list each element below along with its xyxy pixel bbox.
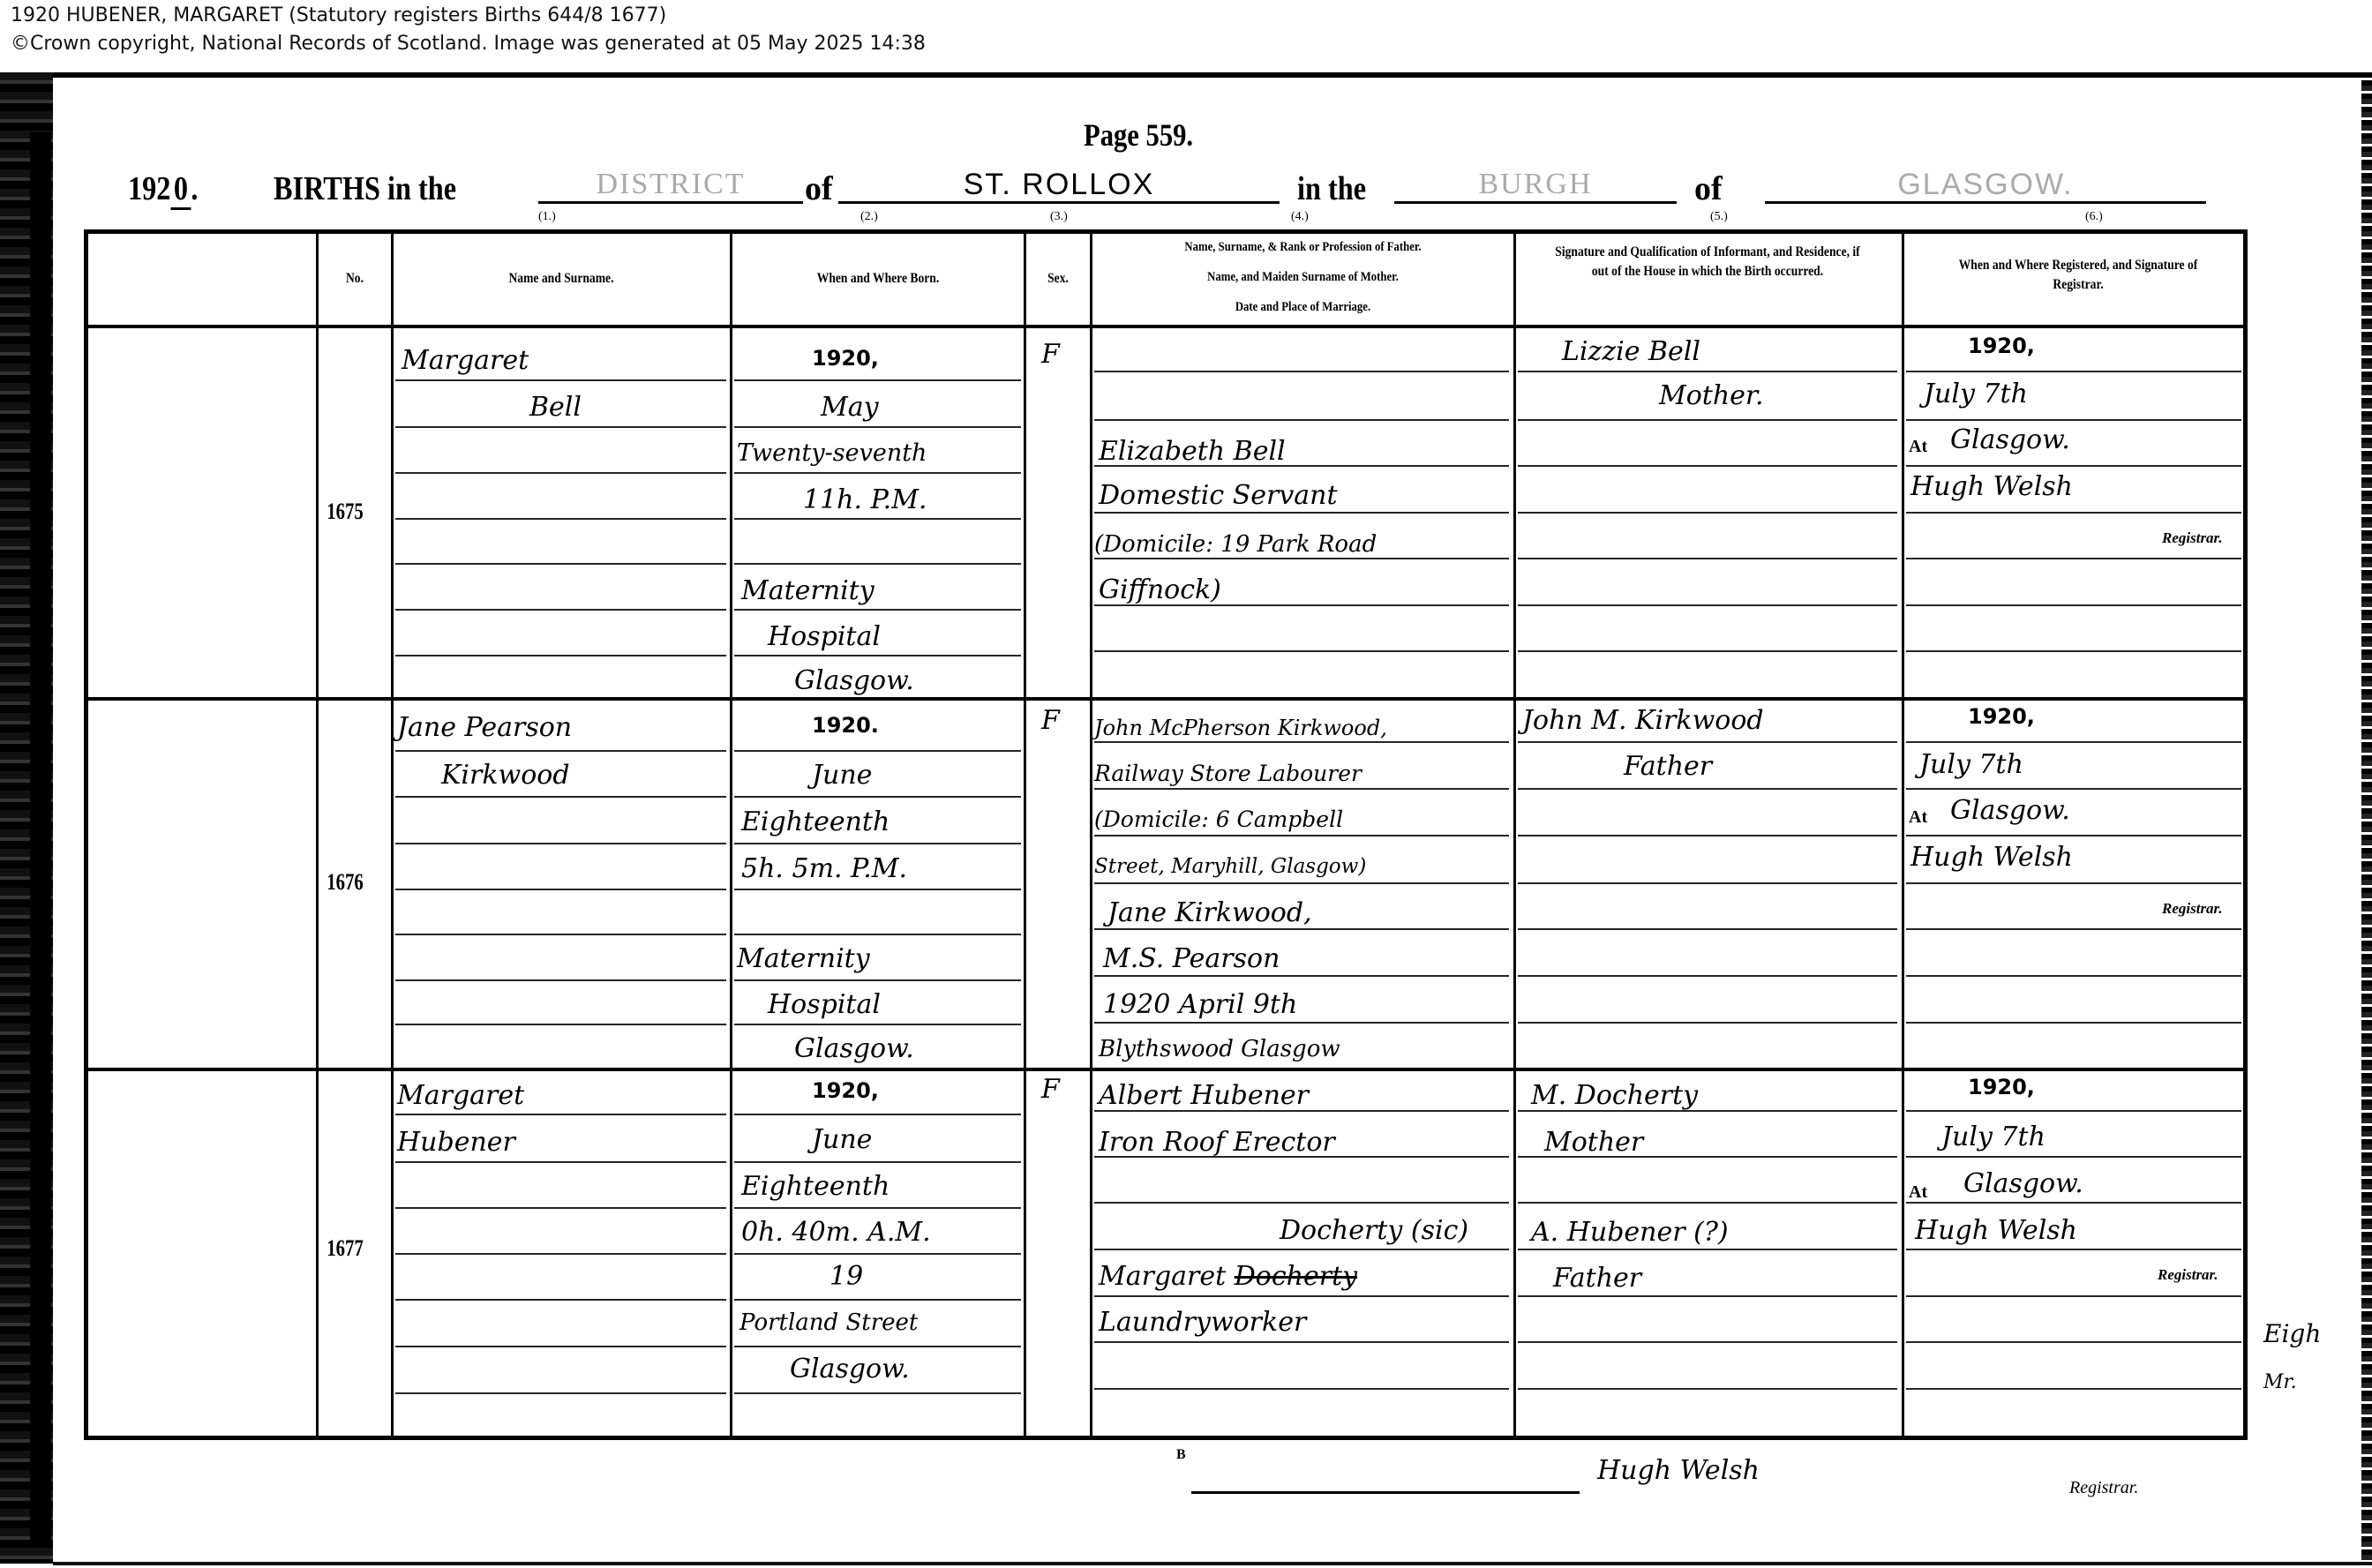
- caption-title: 1920 HUBENER, MARGARET (Statutory regist…: [11, 4, 666, 28]
- child-surname: Hubener: [397, 1128, 515, 1158]
- registered-place: Glasgow.: [1950, 425, 2070, 455]
- birth-time: 0h. 40m. A.M.: [741, 1218, 931, 1248]
- col-divider: [316, 229, 319, 1440]
- father-name: John McPherson Kirkwood,: [1094, 713, 1387, 743]
- page-bottom-border: [53, 1562, 2372, 1565]
- informant-name: John M. Kirkwood: [1522, 706, 1764, 736]
- registrar-signature: Hugh Welsh: [1910, 843, 2073, 873]
- marriage-date: 1920 April 9th: [1103, 990, 1297, 1020]
- birth-year: 1920,: [812, 346, 879, 371]
- district-name-field: ST. ROLLOX: [838, 168, 1280, 204]
- col-number-2: (2.): [860, 210, 878, 224]
- registered-date: July 7th: [1924, 379, 2028, 409]
- col-divider: [1902, 229, 1904, 1440]
- registered-year: 1920,: [1968, 704, 2035, 729]
- burgh-type-field: BURGH: [1394, 168, 1677, 204]
- sex: F: [1041, 706, 1060, 736]
- entry-number: 1675: [327, 499, 364, 525]
- child-forename: Jane Pearson: [397, 713, 572, 743]
- sex: F: [1041, 1075, 1060, 1105]
- header-name: Name and Surname.: [419, 269, 704, 289]
- registrar-label: Registrar.: [2158, 1266, 2218, 1284]
- child-surname: Bell: [529, 393, 582, 423]
- mother-occupation: Laundryworker: [1099, 1308, 1306, 1338]
- birth-day: Eighteenth: [741, 807, 889, 837]
- father-occupation: Railway Store Labourer: [1094, 759, 1362, 789]
- city-field: GLASGOW.: [1765, 168, 2206, 204]
- right-page-edge: [2361, 72, 2372, 1564]
- caption-copyright: ©Crown copyright, National Records of Sc…: [11, 32, 926, 56]
- birth-day: Twenty-seventh: [737, 439, 927, 469]
- registered-place: Glasgow.: [1963, 1169, 2083, 1199]
- entry-number: 1677: [327, 1235, 364, 1262]
- header-registered: When and Where Registered, and Signature…: [1936, 256, 2221, 295]
- of-label-1: of: [805, 169, 833, 208]
- birth-month: May: [821, 393, 879, 423]
- entry-divider: [84, 697, 2248, 701]
- mother-name: Elizabeth Bell: [1099, 437, 1286, 467]
- sex: F: [1041, 340, 1060, 370]
- informant-name: Lizzie Bell: [1562, 337, 1700, 367]
- margin-note-2: Mr.: [2263, 1368, 2297, 1398]
- registrar-label: Registrar.: [2162, 900, 2223, 918]
- at-label: At: [1909, 1182, 1927, 1203]
- at-label: At: [1909, 807, 1927, 828]
- col-number-1: (1.): [538, 210, 556, 224]
- col-divider: [1024, 229, 1026, 1440]
- registered-year: 1920,: [1968, 1075, 2035, 1099]
- father-domicile-2: Street, Maryhill, Glasgow): [1094, 852, 1366, 882]
- registered-year: 1920,: [1968, 334, 2035, 358]
- mother-domicile-1: (Domicile: 19 Park Road: [1094, 529, 1377, 559]
- child-surname: Kirkwood: [441, 761, 570, 791]
- registered-place: Glasgow.: [1950, 796, 2070, 826]
- header-parents: Name, Surname, & Rank or Profession of F…: [1124, 232, 1482, 322]
- mother-surname-correction: Docherty (sic): [1280, 1216, 1468, 1246]
- at-label: At: [1909, 437, 1927, 457]
- col-divider: [391, 229, 394, 1440]
- col-number-6: (6.): [2085, 210, 2103, 224]
- second-informant-qualification: Father: [1553, 1264, 1641, 1294]
- birth-place-1: Maternity: [737, 944, 870, 974]
- informant-qualification: Father: [1624, 752, 1712, 782]
- district-type-field: DISTRICT: [538, 168, 803, 204]
- page-top-border: [53, 72, 2372, 78]
- birth-time: 5h. 5m. P.M.: [741, 854, 907, 884]
- registrar-signature: Hugh Welsh: [1915, 1216, 2077, 1246]
- footer-signature-line: [1191, 1491, 1580, 1494]
- of-label-2: of: [1694, 169, 1723, 208]
- birth-street: Portland Street: [739, 1308, 918, 1338]
- col-divider: [730, 229, 732, 1440]
- header-when-where: When and Where Born.: [754, 269, 1002, 289]
- informant-qualification: Mother: [1544, 1128, 1643, 1158]
- entry-divider: [84, 1068, 2248, 1071]
- registered-date: July 7th: [1919, 750, 2023, 780]
- header-informant: Signature and Qualification of Informant…: [1550, 243, 1865, 281]
- birth-day: Eighteenth: [741, 1172, 889, 1202]
- col-divider: [1513, 229, 1516, 1440]
- entry-number: 1676: [327, 869, 364, 896]
- header-sex: Sex.: [1031, 269, 1085, 289]
- birth-year: 1920,: [812, 1078, 879, 1103]
- col-number-4: (4.): [1291, 210, 1309, 224]
- father-domicile-1: (Domicile: 6 Campbell: [1094, 805, 1343, 835]
- col-number-3: (3.): [1050, 210, 1068, 224]
- mother-name: Margaret Docherty: [1099, 1262, 1357, 1292]
- birth-time: 11h. P.M.: [803, 485, 927, 515]
- margin-note-1: Eigh: [2263, 1319, 2321, 1349]
- sheet-mark: B: [1176, 1447, 1186, 1463]
- birth-place-1: Maternity: [741, 576, 874, 606]
- binding-inner-bar: [30, 132, 51, 1544]
- footer-registrar-label: Registrar.: [2069, 1478, 2138, 1498]
- header-no: No.: [325, 269, 385, 289]
- birth-place: Glasgow.: [790, 1354, 910, 1384]
- registrar-signature: Hugh Welsh: [1910, 472, 2073, 502]
- mother-domicile-2: Giffnock): [1099, 575, 1221, 605]
- birth-month: June: [812, 1125, 872, 1155]
- birth-place-3: Glasgow.: [794, 1034, 914, 1064]
- birth-place-3: Glasgow.: [794, 666, 914, 696]
- births-heading: BIRTHS in the: [274, 169, 456, 208]
- birth-place-2: Hospital: [768, 622, 881, 652]
- registered-date: July 7th: [1941, 1122, 2045, 1152]
- second-informant-name: A. Hubener (?): [1531, 1218, 1729, 1248]
- registrar-label: Registrar.: [2162, 529, 2223, 547]
- birth-month: June: [812, 761, 872, 791]
- informant-name: M. Docherty: [1531, 1081, 1698, 1111]
- birth-year: 1920.: [812, 713, 879, 738]
- marriage-place: Blythswood Glasgow: [1099, 1034, 1340, 1064]
- header-divider: [84, 325, 2248, 328]
- mother-maiden-name: M.S. Pearson: [1103, 944, 1280, 974]
- page-number: Page 559.: [1084, 116, 1193, 154]
- mother-name: Jane Kirkwood,: [1107, 898, 1312, 928]
- child-forename: Margaret: [397, 1081, 524, 1111]
- father-name: Albert Hubener: [1099, 1081, 1309, 1111]
- in-the-label: in the: [1297, 169, 1366, 208]
- register-year: 1920.: [128, 169, 198, 208]
- birth-street-number: 19: [829, 1262, 863, 1292]
- footer-registrar-signature: Hugh Welsh: [1597, 1456, 1760, 1486]
- informant-qualification: Mother.: [1659, 381, 1764, 411]
- col-divider: [1090, 229, 1092, 1440]
- col-number-5: (5.): [1710, 210, 1728, 224]
- child-forename: Margaret: [402, 346, 529, 376]
- mother-occupation: Domestic Servant: [1099, 481, 1338, 511]
- birth-place-2: Hospital: [768, 990, 881, 1020]
- father-occupation: Iron Roof Erector: [1099, 1128, 1335, 1158]
